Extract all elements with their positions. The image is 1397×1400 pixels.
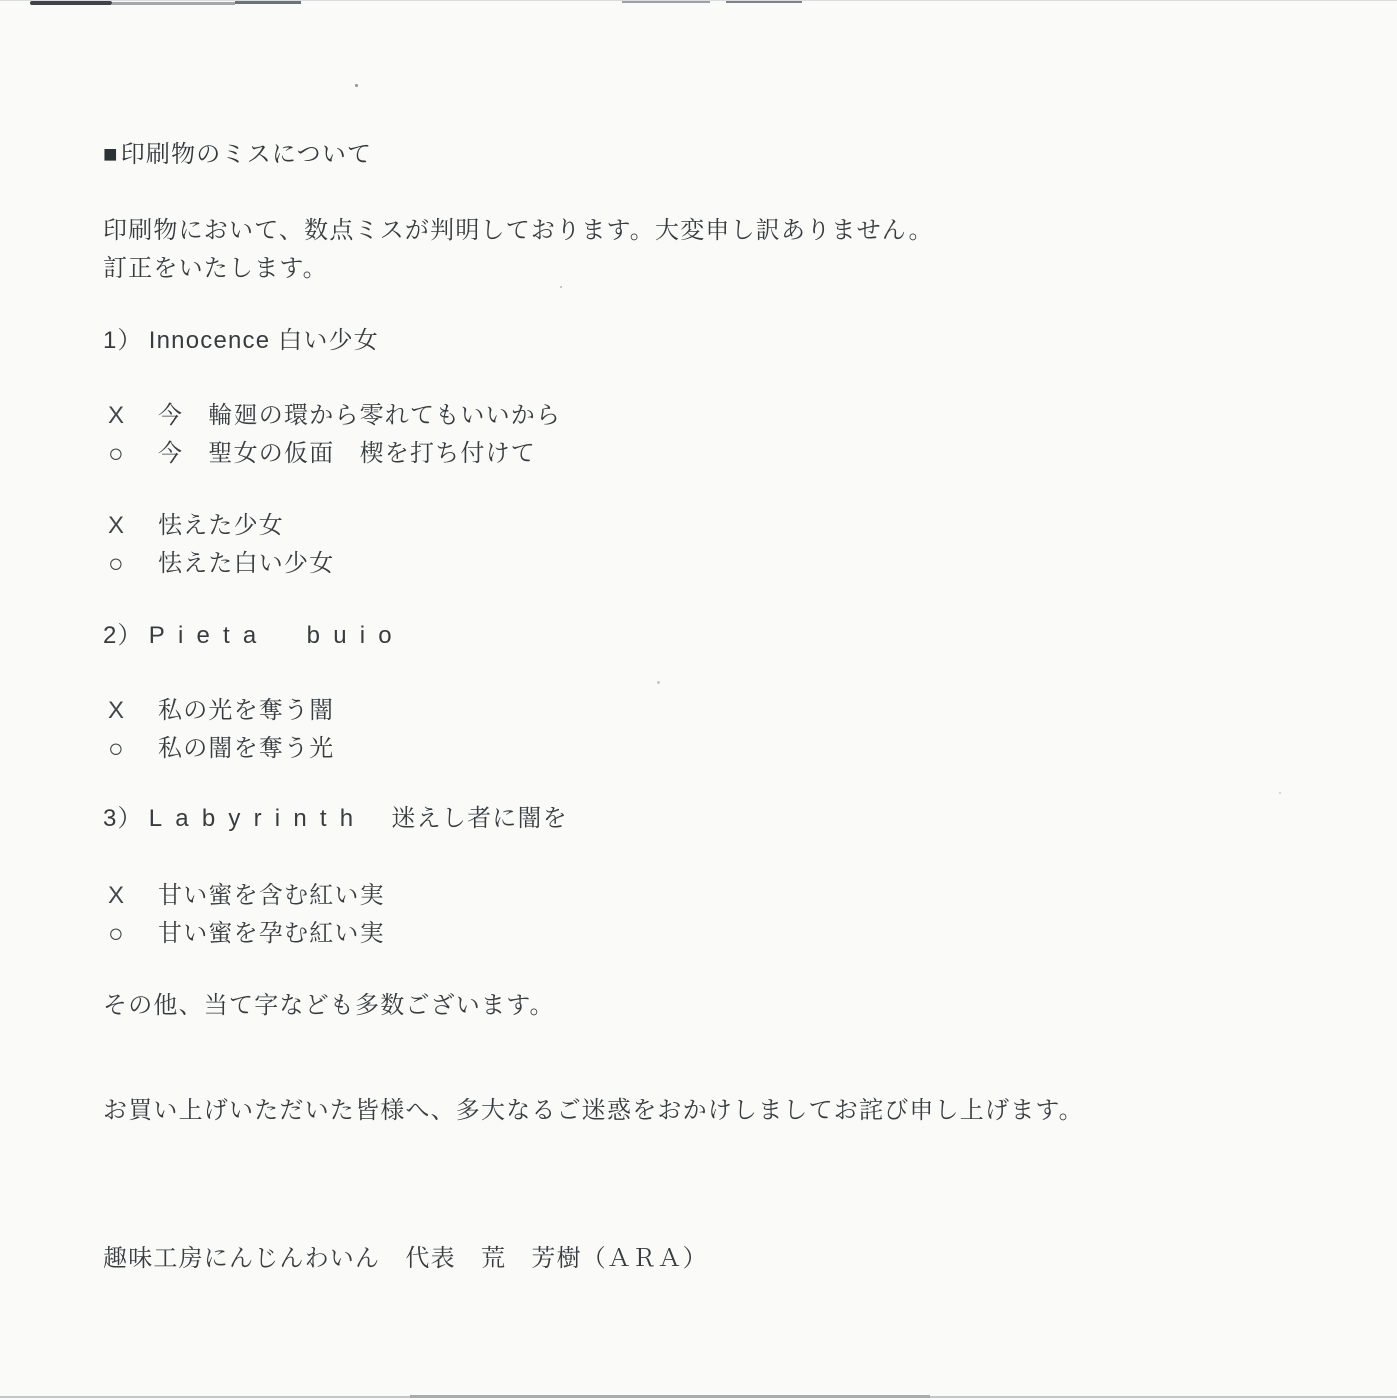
section-1-title: 1）Innocence 白い少女 (103, 327, 379, 355)
signature-line: 趣味工房にんじんわいん 代表 荒 芳樹（ＡＲＡ） (103, 1245, 708, 1273)
wrong-text: 甘い蜜を含む紅い実 (158, 882, 385, 910)
scan-speck (355, 84, 358, 87)
intro-line-2: 訂正をいたします。 (103, 255, 328, 283)
section-3-number: 3） (103, 805, 143, 832)
correction-row: X今 輪廻の環から零れてもいいから (103, 402, 561, 430)
wrong-mark: X (103, 512, 158, 540)
document-heading: ■印刷物のミスについて (103, 141, 372, 169)
correct-mark: ○ (103, 440, 158, 468)
correct-text: 今 聖女の仮面 楔を打ち付けて (158, 440, 536, 468)
section-3-title: 3）Labyrinth 迷えし者に闇を (103, 805, 568, 833)
correct-text: 怯えた白い少女 (158, 550, 334, 578)
apology-line: お買い上げいただいた皆様へ、多大なるご迷惑をおかけしましてお詫び申し上げます。 (103, 1097, 1084, 1125)
scan-speck (560, 286, 562, 288)
scan-edge-artifact (112, 2, 235, 5)
scan-edge-artifact (30, 1, 112, 5)
correct-mark: ○ (103, 920, 158, 948)
correct-text: 私の闇を奪う光 (158, 735, 334, 763)
section-2-latin: Pieta buio (149, 622, 405, 649)
correction-row: ○甘い蜜を孕む紅い実 (103, 920, 385, 948)
scan-edge-artifact (0, 0, 1397, 1)
intro-line-1: 印刷物において、数点ミスが判明しております。大変申し訳ありません。 (103, 217, 934, 245)
section-3-title-text: 迷えし者に闇を (366, 805, 568, 832)
correction-row: X甘い蜜を含む紅い実 (103, 882, 385, 910)
correction-row: ○今 聖女の仮面 楔を打ち付けて (103, 440, 536, 468)
wrong-text: 今 輪廻の環から零れてもいいから (158, 402, 561, 430)
correct-mark: ○ (103, 550, 158, 578)
scan-edge-artifact (726, 0, 802, 3)
section-1-title-text: Innocence 白い少女 (149, 327, 379, 354)
correction-row: X怯えた少女 (103, 512, 284, 540)
wrong-text: 私の光を奪う闇 (158, 697, 334, 725)
wrong-mark: X (103, 697, 158, 725)
correction-row: ○怯えた白い少女 (103, 550, 334, 578)
correct-text: 甘い蜜を孕む紅い実 (158, 920, 385, 948)
scan-edge-artifact (410, 1395, 930, 1398)
section-3-latin: Labyrinth (149, 805, 367, 832)
scan-edge-artifact (235, 0, 301, 4)
scan-edge-artifact (0, 1396, 1397, 1398)
correction-row: X私の光を奪う闇 (103, 697, 334, 725)
correct-mark: ○ (103, 735, 158, 763)
section-2-number: 2） (103, 622, 143, 649)
wrong-mark: X (103, 882, 158, 910)
section-2-title: 2）Pieta buio (103, 622, 405, 650)
black-square-bullet-icon: ■ (103, 141, 119, 168)
wrong-mark: X (103, 402, 158, 430)
correction-row: ○私の闇を奪う光 (103, 735, 334, 763)
section-1-number: 1） (103, 327, 143, 354)
scan-edge-artifact (622, 0, 710, 3)
note-line: その他、当て字なども多数ございます。 (103, 992, 555, 1020)
scan-speck (1279, 792, 1281, 794)
scanned-errata-document: ■印刷物のミスについて 印刷物において、数点ミスが判明しております。大変申し訳あ… (0, 0, 1397, 1400)
wrong-text: 怯えた少女 (158, 512, 284, 540)
document-heading-text: 印刷物のミスについて (121, 141, 373, 168)
scan-speck (657, 681, 660, 684)
